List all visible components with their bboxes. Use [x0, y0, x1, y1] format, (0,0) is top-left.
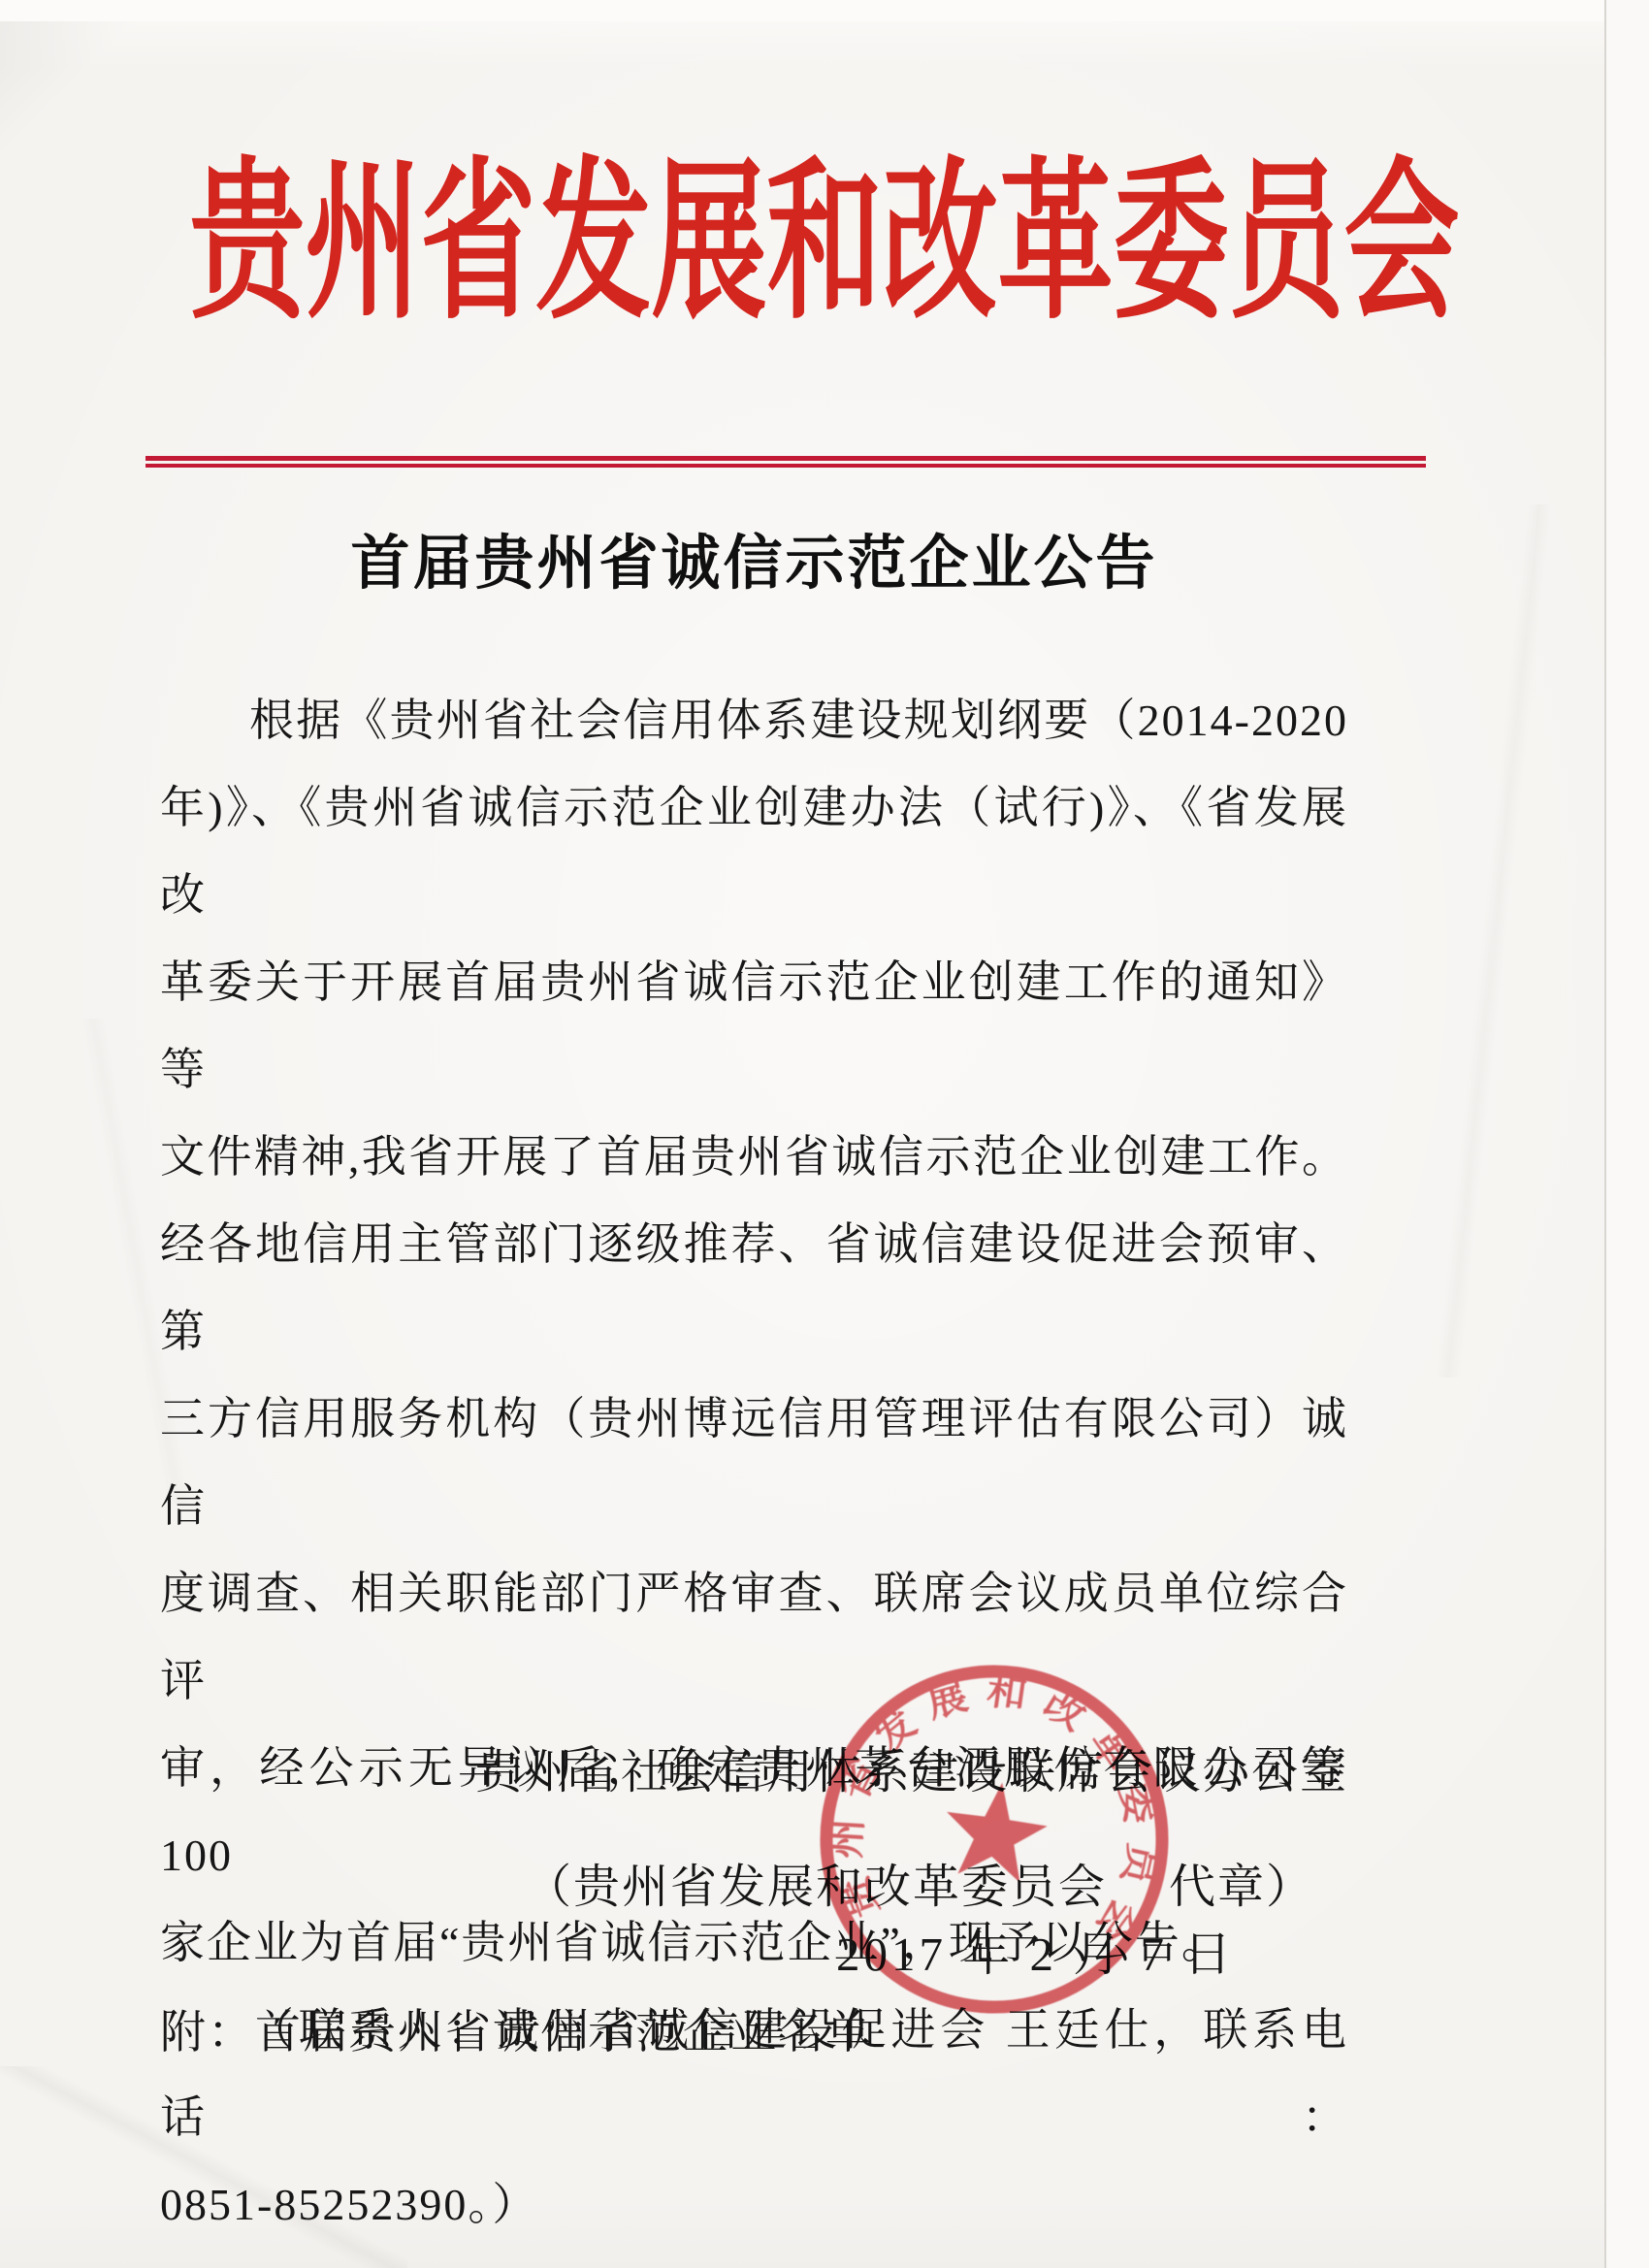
attachment-note: 附：首届贵州省诚信示范企业名单	[160, 1996, 873, 2061]
scan-top-edge	[0, 0, 1649, 21]
red-double-rule	[145, 456, 1426, 468]
body-line: 文件精神,我省开展了首届贵州省诚信示范企业创建工作。	[160, 1114, 1348, 1201]
body-line: 三方信用服务机构（贵州博远信用管理评估有限公司）诚信	[160, 1376, 1348, 1550]
body-line: 经各地信用主管部门逐级推荐、省诚信建设促进会预审、第	[160, 1201, 1348, 1376]
agency-masthead-title: 贵州省发展和改革委员会	[0, 153, 1649, 335]
document-title: 首届贵州省诚信示范企业公告	[160, 529, 1348, 599]
body-line: 革委关于开展首届贵州省诚信示范企业创建工作的通知》等	[160, 939, 1348, 1114]
body-line: 年)》、《贵州省诚信示范企业创建办法（试行)》、《省发展改	[160, 764, 1348, 939]
body-line: 0851-85252390。）	[160, 2161, 1348, 2249]
scanned-document-page: 贵州省发展和改革委员会 首届贵州省诚信示范企业公告 根据《贵州省社会信用体系建设…	[0, 0, 1649, 2268]
body-line: 根据《贵州省社会信用体系建设规划纲要（2014-2020	[160, 677, 1348, 764]
official-red-seal: 贵州省发展和改革委员会	[800, 1645, 1188, 2033]
seal-star-icon	[939, 1775, 1052, 1885]
paper-crease	[1387, 504, 1600, 1377]
scan-right-paper-edge	[1604, 0, 1649, 2268]
